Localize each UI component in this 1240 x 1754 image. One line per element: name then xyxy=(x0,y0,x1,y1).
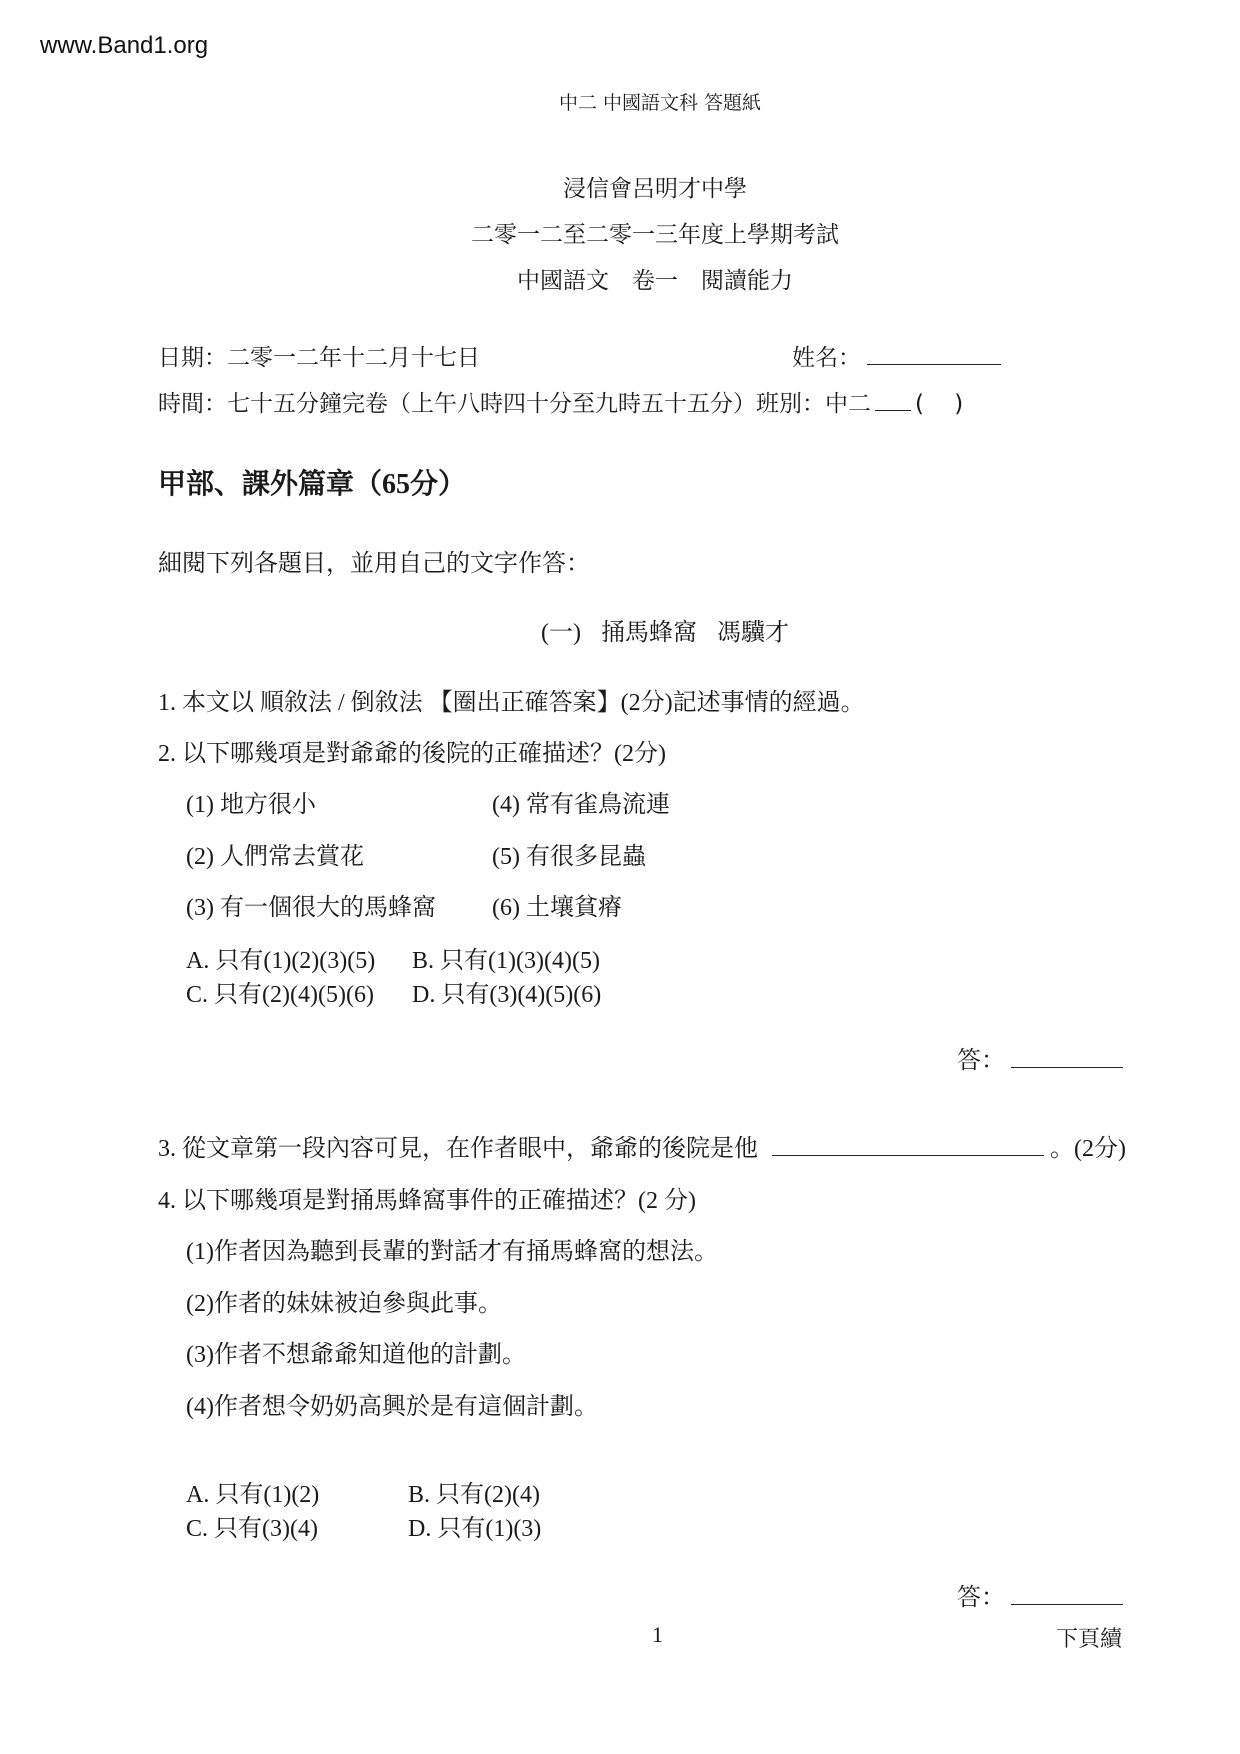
q2-answer-line: 答： xyxy=(957,1040,1123,1075)
class-label: 班別： xyxy=(756,391,825,417)
q4-answer-field[interactable] xyxy=(1011,1603,1123,1605)
time-class-line: 時間：七十五分鐘完卷（上午八時四十分至九時五十五分）班別：中二( ) xyxy=(158,385,963,418)
date-value: 二零一二年十二月十七日 xyxy=(227,345,480,371)
q4-statement-3: (3)作者不想爺爺知道他的計劃。 xyxy=(186,1334,526,1369)
class-prefix: 中二 xyxy=(825,391,871,417)
question-3-suffix: 。(2分) xyxy=(1050,1136,1126,1162)
q2-choice-b: B. 只有(1)(3)(4)(5) xyxy=(412,940,600,975)
question-3-text: 3. 從文章第一段內容可見，在作者眼中，爺爺的後院是他 xyxy=(158,1136,758,1162)
class-field[interactable] xyxy=(875,409,911,411)
q2-answer-field[interactable] xyxy=(1011,1066,1123,1068)
school-name: 浸信會呂明才中學 xyxy=(0,170,1240,203)
q2-option-1: (1) 地方很小 xyxy=(186,784,316,819)
section-marks: 65 xyxy=(382,469,410,500)
q4-statement-2: (2)作者的妹妹被迫參與此事。 xyxy=(186,1283,502,1318)
section-title-suffix: 分） xyxy=(410,467,466,500)
q2-option-6: (6) 土壤貧瘠 xyxy=(492,887,622,922)
q2-answer-label: 答： xyxy=(957,1048,1005,1074)
question-4: 4. 以下哪幾項是對捅馬蜂窩事件的正確描述？(2 分) xyxy=(158,1180,696,1215)
q4-choice-b: B. 只有(2)(4) xyxy=(408,1474,540,1509)
passage-author: 馮驥才 xyxy=(717,620,789,646)
continue-notice: 下頁續 xyxy=(1056,1622,1122,1653)
question-2: 2. 以下哪幾項是對爺爺的後院的正確描述？(2分) xyxy=(158,733,666,768)
watermark: www.Band1.org xyxy=(40,32,208,60)
q2-choice-d: D. 只有(3)(4)(5)(6) xyxy=(412,974,601,1009)
q2-option-3: (3) 有一個很大的馬蜂窩 xyxy=(186,887,436,922)
paper-title: 中國語文 卷一 閱讀能力 xyxy=(0,262,1240,295)
q4-choice-d: D. 只有(1)(3) xyxy=(408,1508,541,1543)
q4-statement-1: (1)作者因為聽到長輩的對話才有捅馬蜂窩的想法。 xyxy=(186,1231,718,1266)
question-3: 3. 從文章第一段內容可見，在作者眼中，爺爺的後院是他。(2分) xyxy=(158,1128,1126,1163)
q2-choice-c: C. 只有(2)(4)(5)(6) xyxy=(186,974,374,1009)
time-label: 時間： xyxy=(158,391,227,417)
time-value: 七十五分鐘完卷（上午八時四十分至九時五十五分） xyxy=(227,391,756,417)
page-number: 1 xyxy=(652,1622,663,1648)
q2-option-5: (5) 有很多昆蟲 xyxy=(492,836,646,871)
passage-heading: (一)捅馬蜂窩馮驥才 xyxy=(0,612,1240,647)
instruction: 細閱下列各題目，並用自己的文字作答： xyxy=(158,543,590,578)
name-line: 姓名： xyxy=(792,339,1001,372)
q4-statement-4: (4)作者想令奶奶高興於是有這個計劃。 xyxy=(186,1386,598,1421)
q4-answer-line: 答： xyxy=(957,1577,1123,1612)
q2-option-2: (2) 人們常去賞花 xyxy=(186,836,364,871)
q4-choice-c: C. 只有(3)(4) xyxy=(186,1508,318,1543)
section-title-text: 甲部、課外篇章（ xyxy=(158,467,382,500)
date-label: 日期： xyxy=(158,345,227,371)
passage-title: 捅馬蜂窩 xyxy=(601,620,697,646)
q3-answer-field[interactable] xyxy=(772,1154,1044,1156)
date-line: 日期：二零一二年十二月十七日 xyxy=(158,339,480,372)
section-title: 甲部、課外篇章（65分） xyxy=(158,462,466,502)
question-1: 1. 本文以 順敘法 / 倒敘法 【圈出正確答案】(2分)記述事情的經過。 xyxy=(158,682,865,717)
q4-answer-label: 答： xyxy=(957,1585,1005,1611)
q2-choice-a: A. 只有(1)(2)(3)(5) xyxy=(186,940,375,975)
name-label: 姓名： xyxy=(792,345,861,371)
name-field[interactable] xyxy=(867,363,1001,365)
document-header: 中二 中國語文科 答題紙 xyxy=(0,88,1240,115)
passage-number: (一) xyxy=(541,620,581,646)
exam-title: 二零一二至二零一三年度上學期考試 xyxy=(0,216,1240,249)
q2-option-4: (4) 常有雀鳥流連 xyxy=(492,784,670,819)
class-number-field[interactable]: ( ) xyxy=(915,391,963,417)
q4-choice-a: A. 只有(1)(2) xyxy=(186,1474,319,1509)
